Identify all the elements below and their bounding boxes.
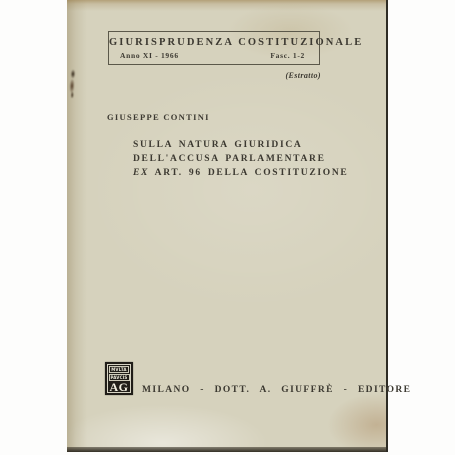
scanned-page-background: GIURISPRUDENZA COSTITUZIONALE Anno XI - … <box>0 0 455 455</box>
publisher-imprint: MILANO - DOTT. A. GIUFFRÈ - EDITORE <box>142 385 411 395</box>
book-title: SULLA NATURA GIURIDICA DELL'ACCUSA PARLA… <box>133 138 348 180</box>
book-title-line-2: DELL'ACCUSA PARLAMENTARE <box>133 152 348 166</box>
logo-motto-line-1: MVLTA <box>109 366 128 373</box>
logo-monogram: AG <box>110 381 129 394</box>
book-cover: GIURISPRUDENZA COSTITUZIONALE Anno XI - … <box>67 0 388 452</box>
book-title-line-1: SULLA NATURA GIURIDICA <box>133 138 348 152</box>
cover-bottom-edge-shadow <box>67 447 386 452</box>
journal-title: GIURISPRUDENZA COSTITUZIONALE <box>109 37 319 48</box>
journal-volume-info: Anno XI - 1966 <box>120 51 179 60</box>
logo-inner-frame: MVLTA PAVCIS AG <box>107 364 131 393</box>
journal-header-box: GIURISPRUDENZA COSTITUZIONALE Anno XI - … <box>108 31 320 65</box>
giuffre-publisher-logo-icon: MVLTA PAVCIS AG <box>105 362 133 395</box>
extract-note: (Estratto) <box>108 71 321 80</box>
journal-fascicle-info: Fasc. 1-2 <box>270 51 305 60</box>
author-name: GIUSEPPE CONTINI <box>107 112 210 122</box>
spine-staple-mark <box>68 68 77 98</box>
book-title-line-3-italic: EX <box>133 168 149 178</box>
journal-meta-row: Anno XI - 1966 Fasc. 1-2 <box>109 48 319 60</box>
book-title-line-3-rest: ART. 96 DELLA COSTITUZIONE <box>149 168 348 178</box>
book-title-line-3: EX ART. 96 DELLA COSTITUZIONE <box>133 166 348 180</box>
